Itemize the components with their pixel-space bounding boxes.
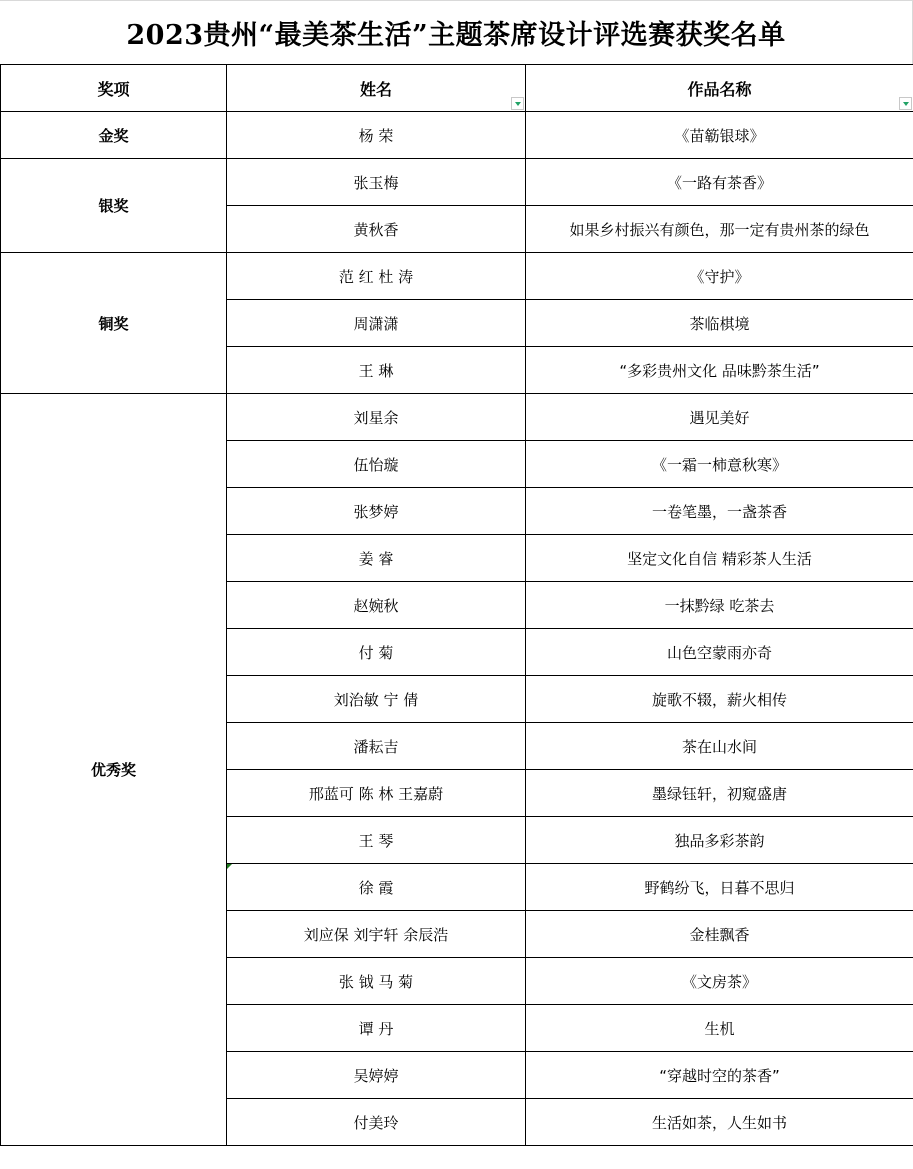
work-text: 坚定文化自信 精彩茶人生活 [627, 550, 812, 568]
work-cell[interactable]: 《苗簕银球》 [526, 112, 913, 159]
header-award-label: 奖项 [97, 80, 129, 99]
cell-note-indicator-icon [227, 864, 232, 869]
work-text: 《一霜一柿意秋寒》 [652, 456, 787, 474]
table-row: 优秀奖刘星余遇见美好 [1, 394, 913, 441]
work-text: 遇见美好 [689, 409, 749, 427]
name-text: 付 菊 [359, 644, 394, 662]
name-cell[interactable]: 黄秋香 [227, 206, 526, 253]
name-text: 潘耘吉 [353, 738, 398, 756]
work-cell[interactable]: 《文房茶》 [526, 958, 913, 1005]
work-cell[interactable]: 《守护》 [526, 253, 913, 300]
work-cell[interactable]: 旋歌不辍，薪火相传 [526, 676, 913, 723]
name-cell[interactable]: 付美玲 [227, 1099, 526, 1146]
header-work[interactable]: 作品名称 [526, 65, 913, 112]
name-text: 周潇潇 [353, 315, 398, 333]
work-text: 一卷笔墨，一盏茶香 [652, 503, 787, 521]
name-text: 黄秋香 [353, 221, 398, 239]
table-row: 铜奖范 红 杜 涛《守护》 [1, 253, 913, 300]
award-cell[interactable]: 银奖 [1, 159, 227, 253]
chevron-down-icon [515, 102, 521, 106]
name-cell[interactable]: 杨 荣 [227, 112, 526, 159]
name-cell[interactable]: 姜 睿 [227, 535, 526, 582]
header-work-label: 作品名称 [687, 80, 751, 99]
work-cell[interactable]: 生机 [526, 1005, 913, 1052]
work-cell[interactable]: 墨绿钰轩，初窥盛唐 [526, 770, 913, 817]
work-cell[interactable]: “穿越时空的茶香” [526, 1052, 913, 1099]
filter-dropdown-name[interactable] [511, 97, 524, 110]
header-name[interactable]: 姓名 [227, 65, 526, 112]
name-cell[interactable]: 周潇潇 [227, 300, 526, 347]
work-text: 《守护》 [689, 268, 749, 286]
name-cell[interactable]: 吴婷婷 [227, 1052, 526, 1099]
name-text: 吴婷婷 [353, 1067, 398, 1085]
table-row: 银奖张玉梅《一路有茶香》 [1, 159, 913, 206]
name-cell[interactable]: 刘应保 刘宇轩 余辰浩 [227, 911, 526, 958]
work-text: “穿越时空的茶香” [659, 1067, 780, 1085]
name-cell[interactable]: 刘治敏 宁 倩 [227, 676, 526, 723]
name-cell[interactable]: 张 钺 马 菊 [227, 958, 526, 1005]
name-text: 刘星余 [353, 409, 398, 427]
work-text: 茶临棋境 [689, 315, 749, 333]
work-text: 旋歌不辍，薪火相传 [652, 691, 787, 709]
name-cell[interactable]: 付 菊 [227, 629, 526, 676]
work-cell[interactable]: 《一路有茶香》 [526, 159, 913, 206]
name-cell[interactable]: 伍怡璇 [227, 441, 526, 488]
work-text: 金桂飘香 [689, 926, 749, 944]
name-text: 邢蓝可 陈 林 王嘉蔚 [309, 785, 443, 803]
name-text: 刘治敏 宁 倩 [334, 691, 419, 709]
work-cell[interactable]: 《一霜一柿意秋寒》 [526, 441, 913, 488]
header-award[interactable]: 奖项 [1, 65, 227, 112]
work-text: 如果乡村振兴有颜色，那一定有贵州茶的绿色 [569, 221, 869, 239]
award-cell[interactable]: 优秀奖 [1, 394, 227, 1146]
work-cell[interactable]: 生活如茶，人生如书 [526, 1099, 913, 1146]
name-text: 杨 荣 [359, 127, 394, 145]
chevron-down-icon [903, 102, 909, 106]
name-text: 伍怡璇 [353, 456, 398, 474]
name-text: 谭 丹 [359, 1020, 394, 1038]
work-cell[interactable]: 茶在山水间 [526, 723, 913, 770]
name-cell[interactable]: 潘耘吉 [227, 723, 526, 770]
name-text: 范 红 杜 涛 [339, 268, 413, 286]
work-text: 生机 [704, 1020, 734, 1038]
name-text: 徐 霞 [359, 879, 394, 897]
work-text: 《一路有茶香》 [667, 174, 772, 192]
work-cell[interactable]: 一卷笔墨，一盏茶香 [526, 488, 913, 535]
award-cell[interactable]: 铜奖 [1, 253, 227, 394]
work-text: “多彩贵州文化 品味黔茶生活” [619, 362, 819, 380]
work-cell[interactable]: 金桂飘香 [526, 911, 913, 958]
award-cell[interactable]: 金奖 [1, 112, 227, 159]
table-body: 金奖杨 荣《苗簕银球》银奖张玉梅《一路有茶香》黄秋香如果乡村振兴有颜色，那一定有… [1, 112, 913, 1146]
name-text: 刘应保 刘宇轩 余辰浩 [304, 926, 449, 944]
name-text: 付美玲 [353, 1114, 398, 1132]
table-row: 金奖杨 荣《苗簕银球》 [1, 112, 913, 159]
work-cell[interactable]: 坚定文化自信 精彩茶人生活 [526, 535, 913, 582]
work-text: 生活如茶，人生如书 [652, 1114, 787, 1132]
name-text: 赵婉秋 [353, 597, 398, 615]
work-text: 《苗簕银球》 [674, 127, 764, 145]
name-cell[interactable]: 邢蓝可 陈 林 王嘉蔚 [227, 770, 526, 817]
work-cell[interactable]: “多彩贵州文化 品味黔茶生活” [526, 347, 913, 394]
name-text: 姜 睿 [359, 550, 394, 568]
page-title: 2023贵州“最美茶生活”主题茶席设计评选赛获奖名单 [126, 13, 785, 52]
name-text: 张玉梅 [353, 174, 398, 192]
work-text: 一抹黔绿 吃茶去 [665, 597, 775, 615]
work-cell[interactable]: 野鹤纷飞，日暮不思归 [526, 864, 913, 911]
name-cell[interactable]: 范 红 杜 涛 [227, 253, 526, 300]
name-cell[interactable]: 赵婉秋 [227, 582, 526, 629]
name-text: 王 琳 [359, 362, 394, 380]
filter-dropdown-work[interactable] [899, 97, 912, 110]
work-cell[interactable]: 茶临棋境 [526, 300, 913, 347]
name-text: 张 钺 马 菊 [339, 973, 413, 991]
name-cell[interactable]: 谭 丹 [227, 1005, 526, 1052]
work-cell[interactable]: 如果乡村振兴有颜色，那一定有贵州茶的绿色 [526, 206, 913, 253]
header-row: 奖项 姓名 作品名称 [1, 65, 913, 112]
name-text: 王 琴 [359, 832, 394, 850]
work-text: 野鹤纷飞，日暮不思归 [644, 879, 794, 897]
name-cell[interactable]: 刘星余 [227, 394, 526, 441]
work-text: 茶在山水间 [682, 738, 757, 756]
work-text: 《文房茶》 [682, 973, 757, 991]
name-text: 张梦婷 [353, 503, 398, 521]
work-text: 墨绿钰轩，初窥盛唐 [652, 785, 787, 803]
work-cell[interactable]: 一抹黔绿 吃茶去 [526, 582, 913, 629]
name-cell[interactable]: 王 琴 [227, 817, 526, 864]
award-table: 奖项 姓名 作品名称 金奖杨 荣《苗簕银球》银奖张玉梅《一路有茶香》黄秋香如果乡… [0, 64, 913, 1146]
work-text: 山色空蒙雨亦奇 [667, 644, 772, 662]
work-text: 独品多彩茶韵 [674, 832, 764, 850]
work-cell[interactable]: 独品多彩茶韵 [526, 817, 913, 864]
title-bar: 2023贵州“最美茶生活”主题茶席设计评选赛获奖名单 [0, 0, 913, 64]
work-cell[interactable]: 山色空蒙雨亦奇 [526, 629, 913, 676]
header-name-label: 姓名 [360, 80, 392, 99]
name-cell[interactable]: 张梦婷 [227, 488, 526, 535]
name-cell[interactable]: 张玉梅 [227, 159, 526, 206]
work-cell[interactable]: 遇见美好 [526, 394, 913, 441]
name-cell[interactable]: 徐 霞 [227, 864, 526, 911]
name-cell[interactable]: 王 琳 [227, 347, 526, 394]
